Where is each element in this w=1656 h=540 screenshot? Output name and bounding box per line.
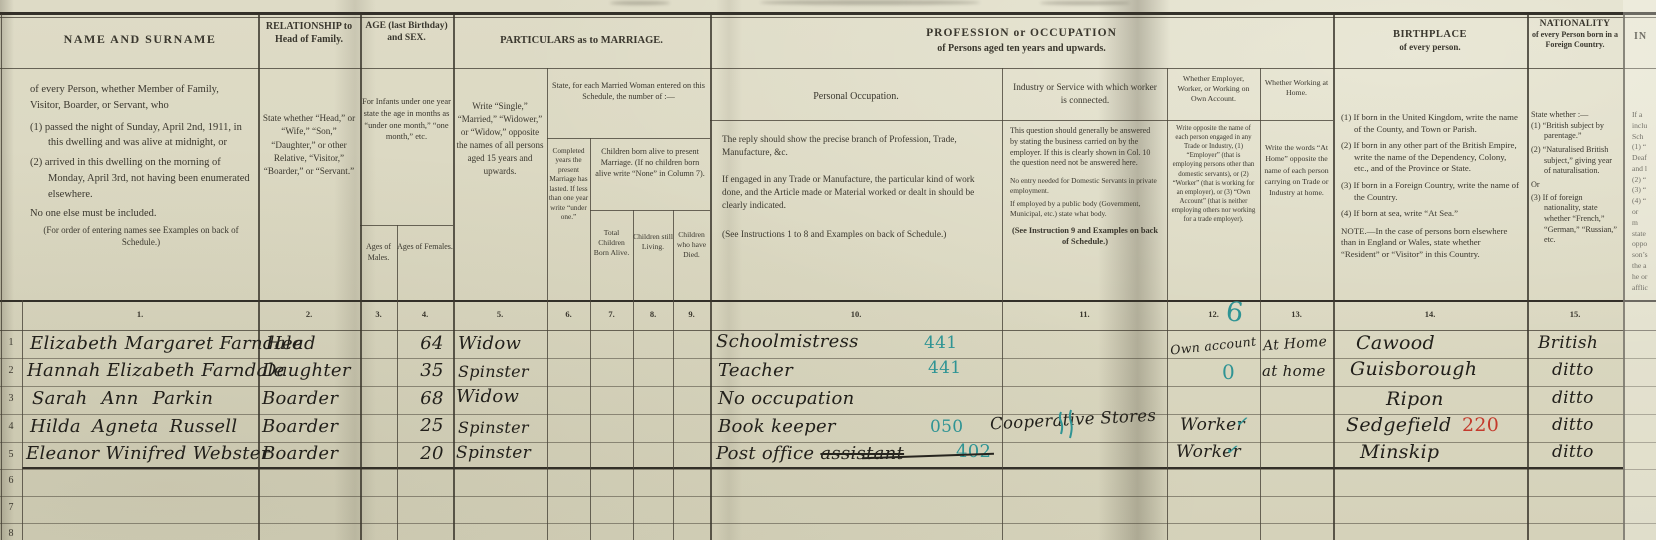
entry-occupation: Book keeper [718, 416, 836, 437]
entry-nationality: ditto [1552, 442, 1594, 462]
entry-nationality: ditto [1552, 415, 1594, 435]
edge-smudge [760, 0, 980, 5]
occupation-code: 402 [956, 441, 991, 462]
col-title-birthplace2: of every person. [1333, 42, 1527, 54]
entry-name: Hilda Agneta Russell [30, 416, 237, 437]
entry-at-home: at home [1262, 362, 1326, 380]
col-number-4: 4. [397, 309, 453, 320]
industry-label: Industry or Service with which worker is… [1010, 82, 1160, 107]
entry-occupation: Schoolmistress [716, 331, 859, 352]
rule-line [22, 300, 23, 540]
census-schedule-scan: NAME AND SURNAME RELATIONSHIP to Head of… [0, 0, 1656, 540]
entry-marital: Spinster [458, 418, 529, 437]
nationality-instructions: State whether :— (1) “British subject by… [1531, 110, 1619, 246]
col-number-2: 2. [258, 309, 360, 320]
name-col-instructions: of every Person, whether Member of Famil… [30, 82, 252, 248]
rule-line [1167, 68, 1168, 540]
entry-age: 25 [412, 415, 452, 436]
rule-line [590, 210, 710, 211]
col-number-15: 15. [1527, 309, 1623, 320]
entry-nationality: ditto [1552, 388, 1594, 408]
col-number-13: 13. [1260, 309, 1333, 320]
col-subtitle-occupation: of Persons aged ten years and upwards. [710, 42, 1333, 55]
entry-occupation: Post office assistant [716, 443, 904, 464]
entry-marital: Spinster [458, 362, 529, 381]
col-number-8: 8. [633, 309, 673, 320]
row-number: 3 [0, 392, 22, 405]
employer-worker-label: Whether Employer, Worker, or Working on … [1170, 74, 1257, 104]
col-number-6: 6. [547, 309, 590, 320]
rule-line [590, 138, 591, 540]
entry-birthplace: Cawood [1356, 332, 1435, 354]
relationship-col-instructions: State whether “Head,” or “Wife,” “Son,” … [262, 112, 356, 179]
entry-birthplace: Minskip [1360, 441, 1439, 463]
rule-line [633, 210, 634, 540]
marriage-years-label: Completed years the present Marriage has… [548, 146, 589, 222]
row-number: 1 [0, 336, 22, 349]
col-number-3: 3. [360, 309, 397, 320]
edge-smudge [1040, 1, 1130, 5]
rule-line [0, 523, 1656, 524]
rule-line [1260, 68, 1261, 540]
col-title-birthplace: BIRTHPLACE [1333, 28, 1527, 42]
entry-birthplace: Sedgefield [1346, 414, 1451, 436]
col-number-12: 12. [1167, 309, 1260, 320]
entry-occupation: Teacher [718, 360, 793, 381]
children-living-label: Children still Living. [633, 232, 673, 252]
entry-marital: Spinster [456, 443, 531, 463]
household-end-line [22, 467, 1623, 469]
employment-code: 6 [1224, 296, 1246, 329]
teal-scribble [1055, 408, 1081, 442]
rule-line [547, 68, 548, 540]
entry-relationship: Daughter [262, 360, 351, 381]
rule-line [710, 120, 1333, 121]
infirmity-instructions-cut: If a inclu Sch (1) “ Deaf and l (2) “ (3… [1632, 110, 1656, 300]
col-title-occupation: PROFESSION or OCCUPATION [710, 26, 1333, 41]
entry-relationship: Boarder [262, 416, 338, 437]
paper-crease [1098, 0, 1170, 540]
working-at-home-instructions: Write the words “At Home” opposite the n… [1264, 142, 1329, 198]
col-number-10: 10. [710, 309, 1002, 320]
col-title-relationship: RELATIONSHIP to Head of Family. [258, 21, 360, 46]
row-number: 8 [0, 527, 22, 540]
married-woman-instructions: State, for each Married Woman entered on… [551, 80, 706, 103]
col-number-9: 9. [673, 309, 710, 320]
rule-line [0, 469, 1656, 470]
personal-occupation-label: Personal Occupation. [710, 90, 1002, 103]
paper-crease [334, 0, 376, 540]
entry-occupation: No occupation [718, 388, 854, 409]
col-number-7: 7. [590, 309, 633, 320]
row-number: 2 [0, 364, 22, 377]
children-born-group-label: Children born alive to present Marriage.… [592, 146, 708, 179]
ages-of-males-label: Ages of Males. [360, 242, 397, 264]
row-number: 6 [0, 474, 22, 487]
col-title-name: NAME AND SURNAME [22, 32, 258, 48]
entry-age: 35 [412, 360, 452, 381]
col-title-age: AGE (last Birthday) and SEX. [360, 21, 453, 45]
edge-smudge [610, 1, 670, 5]
entry-at-home: At Home [1263, 334, 1328, 354]
col-title-nationality: NATIONALITY [1527, 18, 1623, 30]
rule-line [397, 225, 398, 540]
entry-age: 68 [412, 388, 452, 409]
rule-line [1002, 68, 1003, 540]
col-number-14: 14. [1333, 309, 1527, 320]
entry-marital: Widow [456, 386, 519, 407]
entry-name: Hannah Elizabeth Farndale [27, 360, 285, 381]
rule-line [0, 386, 1656, 387]
birthplace-code: 220 [1462, 414, 1499, 436]
rule-line [1623, 14, 1625, 540]
entry-employment: Own account [1169, 334, 1256, 358]
employment-code: 0 [1222, 360, 1235, 384]
col-number-5: 5. [453, 309, 547, 320]
col-title-infirmity-cut: IN [1634, 30, 1656, 43]
occupation-code: 441 [924, 333, 957, 353]
rule-line [0, 496, 1656, 497]
entry-nationality: ditto [1552, 360, 1594, 380]
rule-line [0, 300, 1656, 302]
marital-status-instructions: Write “Single,” “Married,” “Widower,” or… [456, 100, 544, 178]
row-number: 7 [0, 501, 22, 514]
rule-line [1333, 14, 1335, 540]
children-died-label: Children who have Died. [673, 230, 710, 260]
occupation-text: Post office [716, 443, 820, 464]
entry-relationship: Boarder [262, 388, 338, 409]
children-born-alive-label: Total Children Born Alive. [590, 228, 633, 258]
occupation-code: 050 [930, 417, 963, 437]
entry-birthplace: Guisborough [1350, 358, 1477, 380]
entry-relationship: Boarder [262, 443, 338, 464]
rule-line [0, 68, 1656, 69]
occupation-struck-text: assistant [820, 443, 904, 464]
rule-line [0, 12, 1656, 15]
age-col-instructions: For Infants under one year state the age… [362, 96, 451, 143]
birthplace-instructions: (1) If born in the United Kingdom, write… [1341, 112, 1521, 261]
entry-nationality: British [1538, 333, 1598, 353]
row-number: 4 [0, 420, 22, 433]
col-title-marriage: PARTICULARS as to MARRIAGE. [453, 34, 710, 48]
industry-instructions: This question should generally be answer… [1010, 126, 1160, 248]
col-number-11: 11. [1002, 309, 1167, 320]
col-number-1: 1. [22, 309, 258, 320]
rule-line [1527, 14, 1529, 540]
entry-name: Sarah Ann Parkin [32, 388, 213, 409]
entry-birthplace: Ripon [1386, 388, 1444, 410]
entry-age: 64 [412, 333, 452, 354]
rule-line [453, 14, 455, 540]
rule-line [1, 14, 2, 540]
teal-check-mark: ✓ [1234, 411, 1251, 432]
rule-line [360, 225, 453, 226]
entry-age: 20 [412, 443, 452, 464]
col-title-nationality2: of every Person born in a Foreign Countr… [1529, 30, 1621, 49]
occupation-code: 441 [928, 358, 961, 378]
row-number: 5 [0, 448, 22, 461]
entry-name: Eleanor Winifred Webster [26, 443, 270, 464]
entry-marital: Widow [458, 333, 521, 354]
rule-line [0, 17, 1656, 18]
rule-line [547, 138, 710, 139]
entry-relationship: Head [266, 333, 316, 354]
ages-of-females-label: Ages of Females. [397, 242, 453, 253]
personal-occupation-instructions: The reply should show the precise branch… [722, 134, 992, 242]
entry-name: Elizabeth Margaret Farndale [30, 333, 303, 354]
employer-worker-instructions: Write opposite the name of each person e… [1171, 124, 1256, 224]
working-at-home-label: Whether Working at Home. [1263, 78, 1330, 98]
rule-line [360, 14, 362, 540]
